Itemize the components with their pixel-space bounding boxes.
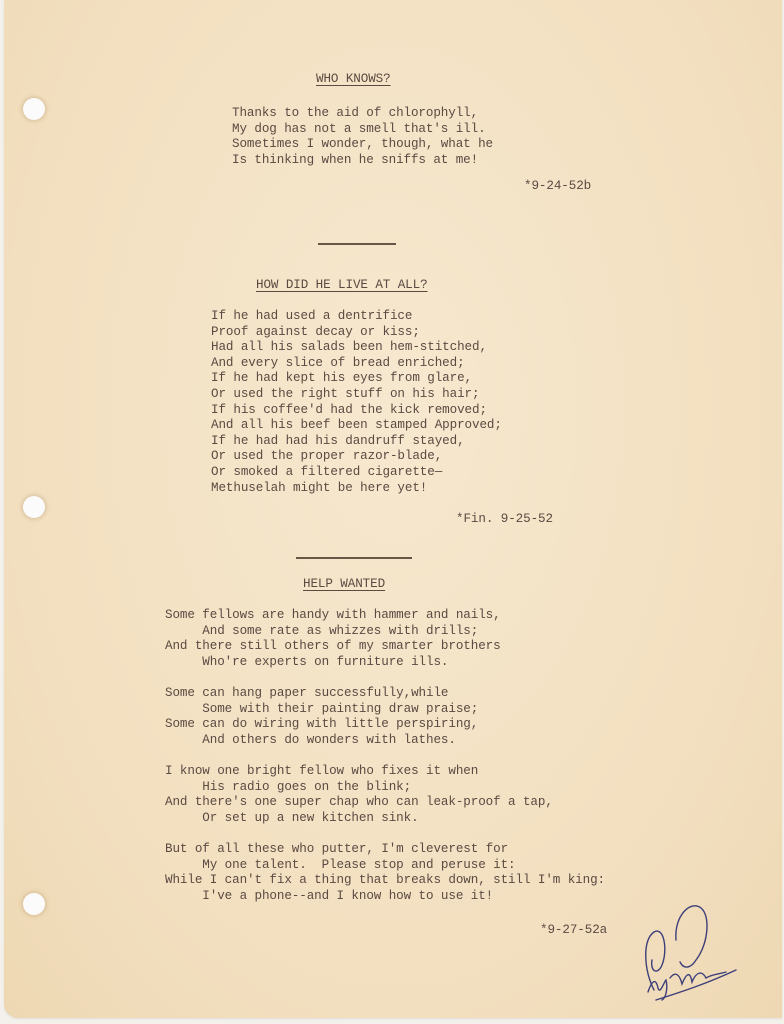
poem-title: HELP WANTED — [303, 577, 385, 593]
poem-title: WHO KNOWS? — [316, 72, 391, 88]
poem-body: If he had used a dentrifice Proof agains… — [211, 309, 502, 496]
poem-date-code: *9-24-52b — [524, 179, 591, 195]
punch-hole — [23, 98, 45, 120]
poem-date-code: *9-27-52a — [540, 923, 607, 939]
punch-hole — [23, 893, 45, 915]
poem-body: Thanks to the aid of chlorophyll, My dog… — [232, 106, 493, 168]
punch-hole — [23, 496, 45, 518]
handwritten-signature — [636, 900, 746, 1005]
section-divider — [318, 243, 396, 245]
poem-body: Some fellows are handy with hammer and n… — [165, 608, 605, 904]
section-divider — [296, 557, 412, 559]
poem-title: HOW DID HE LIVE AT ALL? — [256, 278, 428, 294]
poem-date-code: *Fin. 9-25-52 — [456, 512, 553, 528]
